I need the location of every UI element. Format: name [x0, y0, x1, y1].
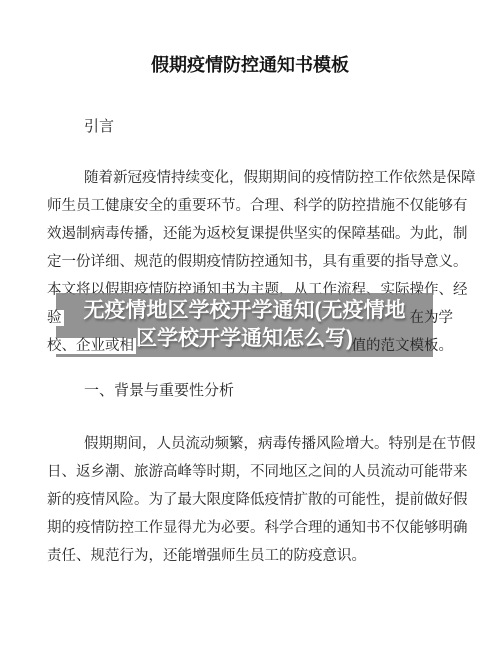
text-line: 定一份详细、规范的假期疫情防控通知书，具有重要的指导意义。: [47, 248, 453, 276]
text-line: 效遏制病毒传播，还能为返校复课提供坚实的保障基础。为此，制: [47, 220, 453, 248]
text-line: 假期期间，人员流动频繁，病毒传播风险增大。特别是在节假: [47, 430, 453, 458]
intro-paragraph: 随着新冠疫情持续变化，假期期间的疫情防控工作依然是保障 师生员工健康安全的重要环…: [47, 164, 453, 360]
text-fragment-right: 值的范文模板。: [352, 332, 454, 360]
text-line: 新的疫情风险。为了最大限度降低疫情扩散的可能性，提前做好假: [47, 486, 453, 514]
text-line-partially-covered: 校、企业或相 值的范文模板。: [47, 332, 453, 360]
text-line: 期的疫情防控工作显得尤为必要。科学合理的通知书不仅能够明确: [47, 514, 453, 542]
background-paragraph: 假期期间，人员流动频繁，病毒传播风险增大。特别是在节假 日、返乡潮、旅游高峰等时…: [47, 430, 453, 570]
text-line-partially-covered: 验 在为学: [47, 304, 453, 332]
text-fragment-right: 在为学: [410, 304, 454, 332]
text-fragment-left: 验: [47, 310, 64, 326]
document-title: 假期疫情防控通知书模板: [0, 50, 500, 80]
text-line: 责任、规范行为，还能增强师生员工的防疫意识。: [47, 542, 453, 570]
text-fragment-left: 校、企业或相: [47, 338, 136, 354]
text-line: 师生员工健康安全的重要环节。合理、科学的防控措施不仅能够有: [47, 192, 453, 220]
intro-heading: 引言: [47, 116, 453, 138]
section-heading-background: 一、背景与重要性分析: [47, 380, 453, 402]
text-line: 随着新冠疫情持续变化，假期期间的疫情防控工作依然是保障: [47, 164, 453, 192]
text-line: 日、返乡潮、旅游高峰等时期，不同地区之间的人员流动可能带来: [47, 458, 453, 486]
document-page: 假期疫情防控通知书模板 引言 随着新冠疫情持续变化，假期期间的疫情防控工作依然是…: [0, 0, 500, 647]
